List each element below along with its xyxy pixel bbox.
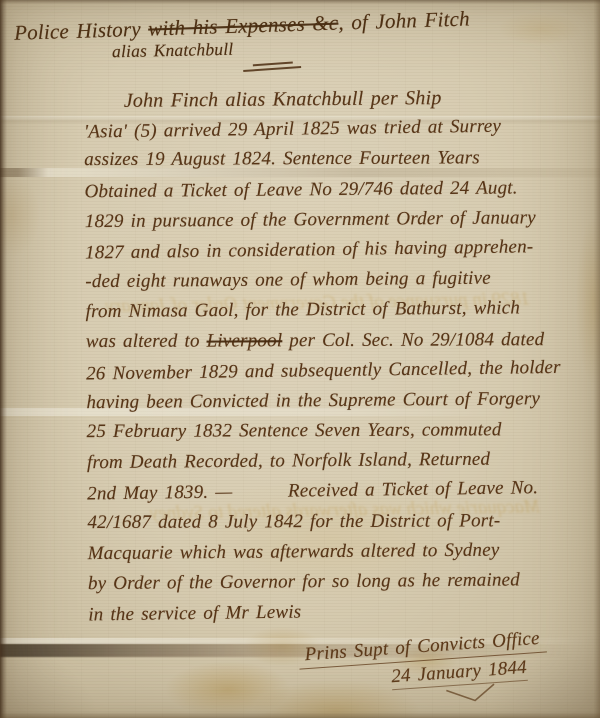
signature-date: 24 January 1844 [391, 657, 528, 690]
line-text: 2nd May 1839. — Received a Ticket of Lea… [87, 478, 538, 505]
line-text: 1827 and also in consideration of his ha… [85, 236, 534, 263]
manuscript-line: -ded eight runaways one of whom being a … [85, 263, 585, 298]
divider-stroke [253, 62, 293, 67]
line-text: having been Convicted in the Supreme Cou… [86, 388, 540, 413]
manuscript-page: Macquarie which was afterwards altered t… [0, 0, 600, 718]
manuscript-line: was altered to Liverpool per Col. Sec. N… [86, 324, 586, 356]
manuscript-line: Obtained a Ticket of Leave No 29/746 dat… [84, 172, 584, 207]
manuscript-line: 42/1687 dated 8 July 1842 for the Distri… [87, 506, 587, 538]
manuscript-line: Macquarie which was afterwards altered t… [88, 535, 588, 570]
title-struck-text: with his Expenses &c [148, 11, 339, 41]
manuscript-line: assizes 19 August 1824. Sentence Fourtee… [84, 143, 584, 175]
alias-subtitle: alias Knatchbull [112, 39, 234, 63]
line-text: was altered to [86, 330, 207, 352]
scan-edge-left [0, 0, 7, 718]
signature-flourish [444, 683, 497, 707]
line-text: 1829 in pursuance of the Government Orde… [85, 207, 536, 232]
line-text: Macquarie which was afterwards altered t… [88, 539, 500, 564]
line-text: from Death Recorded, to Norfolk Island, … [87, 449, 490, 474]
line-text: 42/1687 dated 8 July 1842 for the Distri… [87, 510, 500, 533]
line-text: assizes 19 August 1824. Sentence Fourtee… [84, 148, 480, 171]
line-text: per Col. Sec. No 29/1084 dated [282, 329, 544, 351]
line-text: in the service of Mr Lewis [88, 602, 301, 626]
manuscript-line: 2nd May 1839. — Received a Ticket of Lea… [87, 473, 587, 510]
manuscript-body: John Finch alias Knatchbull per Ship 'As… [84, 82, 589, 630]
struck-text: Liverpool [207, 330, 283, 351]
line-text: 25 February 1832 Sentence Seven Years, c… [87, 419, 502, 442]
divider-stroke [243, 66, 301, 72]
document-title: Police History with his Expenses &c, of … [14, 3, 575, 46]
line-text: John Finch alias Knatchbull per Ship [124, 87, 442, 112]
manuscript-line: 25 February 1832 Sentence Seven Years, c… [87, 415, 587, 447]
manuscript-line: in the service of Mr Lewis [88, 594, 588, 631]
heading-divider [243, 61, 301, 72]
manuscript-line: from Nimasa Gaol, for the District of Ba… [85, 293, 585, 328]
line-text: Obtained a Ticket of Leave No 29/746 dat… [84, 177, 517, 202]
line-text: -ded eight runaways one of whom being a … [85, 268, 491, 293]
line-text: by Order of the Governor for so long as … [88, 569, 520, 594]
line-text: 'Asia' (5) arrived 29 April 1825 was tri… [84, 116, 501, 143]
title-text: , of John Fitch [338, 6, 470, 34]
signature-block: Prins Supt of Convicts Office 24 January… [266, 625, 582, 718]
scan-edge-top [0, 0, 600, 4]
line-text: from Nimasa Gaol, for the District of Ba… [86, 298, 521, 323]
line-text: 26 November 1829 and subsequently Cancel… [86, 357, 561, 385]
scan-edge-right [594, 0, 600, 718]
manuscript-line: having been Convicted in the Supreme Cou… [86, 384, 586, 419]
